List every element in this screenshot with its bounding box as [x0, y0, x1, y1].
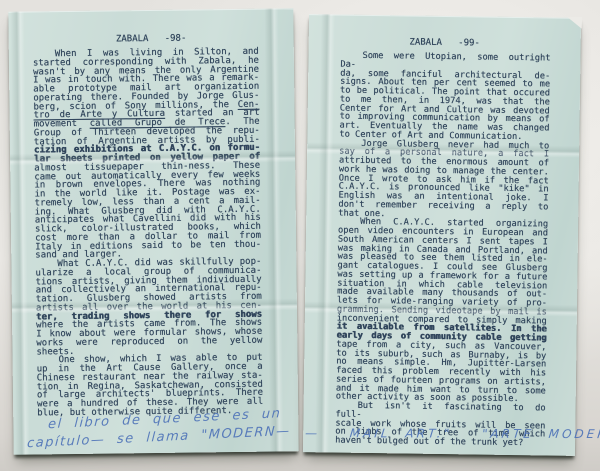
handwritten-annotation-line: — MAIL ART." "ARTE MODERNO DEL: [304, 426, 600, 441]
page-header: ZABALA -98-: [8, 8, 293, 45]
letter-page-left: ZABALA -98- When I was living in Silton,…: [8, 8, 298, 454]
typed-text-body: When I was living in Silton, andstarted …: [9, 42, 299, 418]
letter-page-right: ZABALA -99- Some were Utopian, some outr…: [303, 14, 581, 456]
handwritten-annotation: — MAIL ART." "ARTE MODERNO DEL: [304, 426, 600, 441]
photo-background: ZABALA -98- When I was living in Silton,…: [0, 0, 600, 471]
typed-text-body: Some were Utopian, some outright Da-da, …: [303, 46, 581, 449]
page-header: ZABALA -99-: [309, 14, 581, 50]
